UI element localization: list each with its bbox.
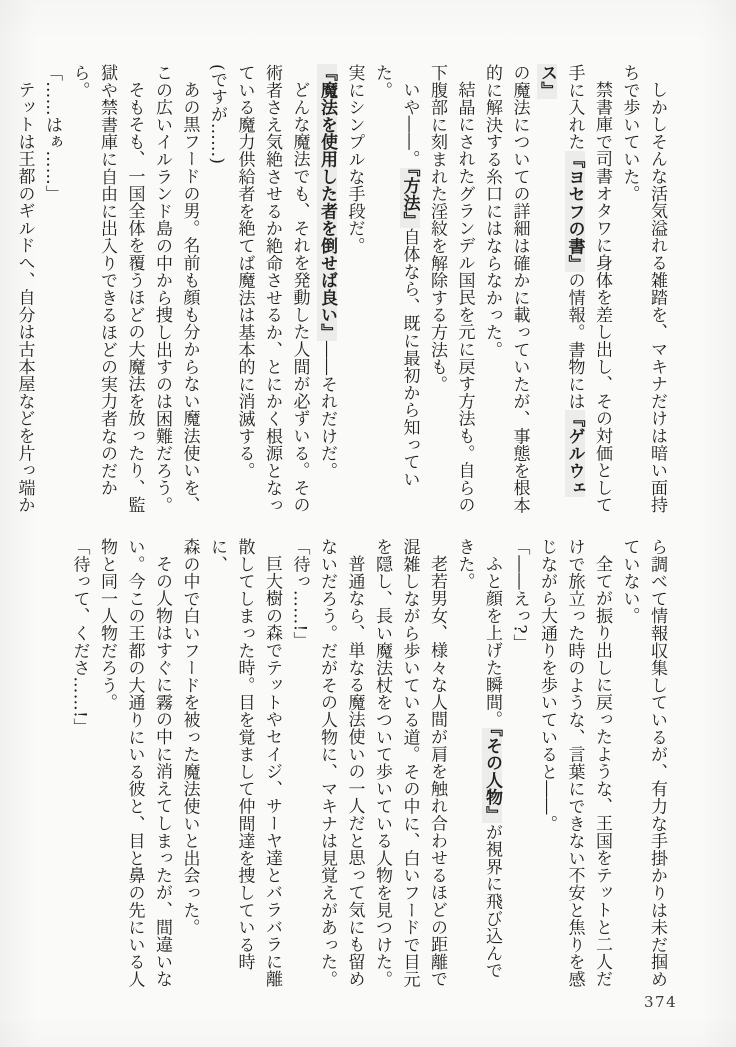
text-line: そもそも、一国全体を覆うほどの大魔法を放ったり、監	[120, 64, 148, 516]
text-line: じながら大通りを歩いていると――。	[533, 538, 561, 990]
text-line: 「――えっ?」	[505, 538, 533, 990]
emphasized-term: 『ヨセフの書』	[565, 151, 585, 272]
emphasized-term: 『方法』	[400, 168, 420, 229]
text-line: しかしそんな活気溢れる雑踏を、マキナだけは暗い面持	[643, 64, 671, 516]
emphasized-term: 『その人物』	[482, 728, 502, 823]
text-line: を隠し、長い魔法杖をついて歩いている人物を見つけた。	[368, 538, 396, 990]
text-line: 混雑しながら歩いている道。その中に、白いフードで目元	[395, 538, 423, 990]
text-line: 実にシンプルな手段だ。	[340, 64, 368, 516]
text-line: あの黒フードの男。名前も顔も分からない魔法使いを、	[175, 64, 203, 516]
emphasized-term: 『魔法を使用した者を倒せば良い』	[317, 64, 337, 341]
text-line: きた。	[450, 538, 478, 990]
text-line: 「待って、くださ……!」	[65, 538, 93, 990]
text-line: ふと顔を上げた瞬間。『その人物』が視界に飛び込んで	[478, 538, 506, 990]
text-line: その人物はすぐに霧の中に消えてしまったが、間違いな	[148, 538, 176, 990]
text-line: この広いイルランド島の中から捜し出すのは困難だろう。	[148, 64, 176, 516]
text-line: 「待っ……!」	[285, 538, 313, 990]
text-line: いや――。『方法』自体なら、既に最初から知っていた。	[368, 64, 423, 516]
text-line: 『魔法を使用した者を倒せば良い』――それだけだ。	[313, 64, 341, 516]
text-line: 獄や禁書庫に自由に出入りできるほどの実力者なのだから。	[65, 64, 120, 516]
text-line: 「……はぁ……」	[38, 64, 66, 516]
text-line: 散してしまった時。目を覚まして仲間達を捜している時に、	[203, 538, 258, 990]
text-line: 禁書庫で司書オタワに身体を差し出し、その対価として	[588, 64, 616, 516]
text-line: 老若男女、様々な人間が肩を触れ合わせるほどの距離で	[423, 538, 451, 990]
text-line: ちで歩いていた。	[615, 64, 643, 516]
text-line: (ですが……)	[203, 64, 231, 516]
text-line: ないだろう。だがその人物に、マキナは見覚えがあった。	[313, 538, 341, 990]
text-line: 森の中で白いフードを被った魔法使いと出会った。	[175, 538, 203, 990]
text-line: けで旅立った時のような、言葉にできない不安と焦りを感	[560, 538, 588, 990]
text-line: テットは王都のギルドへ、自分は古本屋などを片っ端か	[10, 64, 38, 516]
text-line: い。今この王都の大通りにいる彼と、目と鼻の先にいる人	[120, 538, 148, 990]
text-line: 物と同一人物だろう。	[93, 538, 121, 990]
text-line: どんな魔法でも、それを発動した人間が必ずいる。その	[285, 64, 313, 516]
text-line: 全てが振り出しに戻ったような、王国をテットと二人だ	[588, 538, 616, 990]
text-line: 普通なら、単なる魔法使いの一人だと思って気にも留め	[340, 538, 368, 990]
text-line: ている魔力供給者を絶てば魔法は基本的に消滅する。	[230, 64, 258, 516]
page-number: 374	[644, 993, 677, 1011]
text-line: ら調べて情報収集しているが、有力な手掛かりは未だ掴め	[643, 538, 671, 990]
text-line: 手に入れた『ヨセフの書』の情報。書物には『ゲルウェス』	[533, 64, 588, 516]
text-line: 巨大樹の森でテットやセイジ、サーヤ達とバラバラに離	[258, 538, 286, 990]
text-block-bottom: ら調べて情報収集しているが、有力な手掛かりは未だ掴めていない。全てが振り出しに戻…	[65, 538, 670, 990]
text-line: 下腹部に刻まれた淫紋を解除する方法も。	[423, 64, 451, 516]
text-block-top: しかしそんな活気溢れる雑踏を、マキナだけは暗い面持ちで歩いていた。禁書庫で司書オ…	[10, 64, 670, 516]
text-line: 結晶にされたグランデル国民を元に戻す方法も。自らの	[450, 64, 478, 516]
emphasized-term: 『ゲルウェス』	[537, 64, 585, 497]
text-line: 的に解決する糸口にはならなかった。	[478, 64, 506, 516]
text-line: の魔法についての詳細は確かに載っていたが、事態を根本	[505, 64, 533, 516]
book-page: しかしそんな活気溢れる雑踏を、マキナだけは暗い面持ちで歩いていた。禁書庫で司書オ…	[0, 0, 736, 1047]
text-line: 術者さえ気絶させるか絶命させるか、とにかく根源となっ	[258, 64, 286, 516]
text-line: ていない。	[615, 538, 643, 990]
